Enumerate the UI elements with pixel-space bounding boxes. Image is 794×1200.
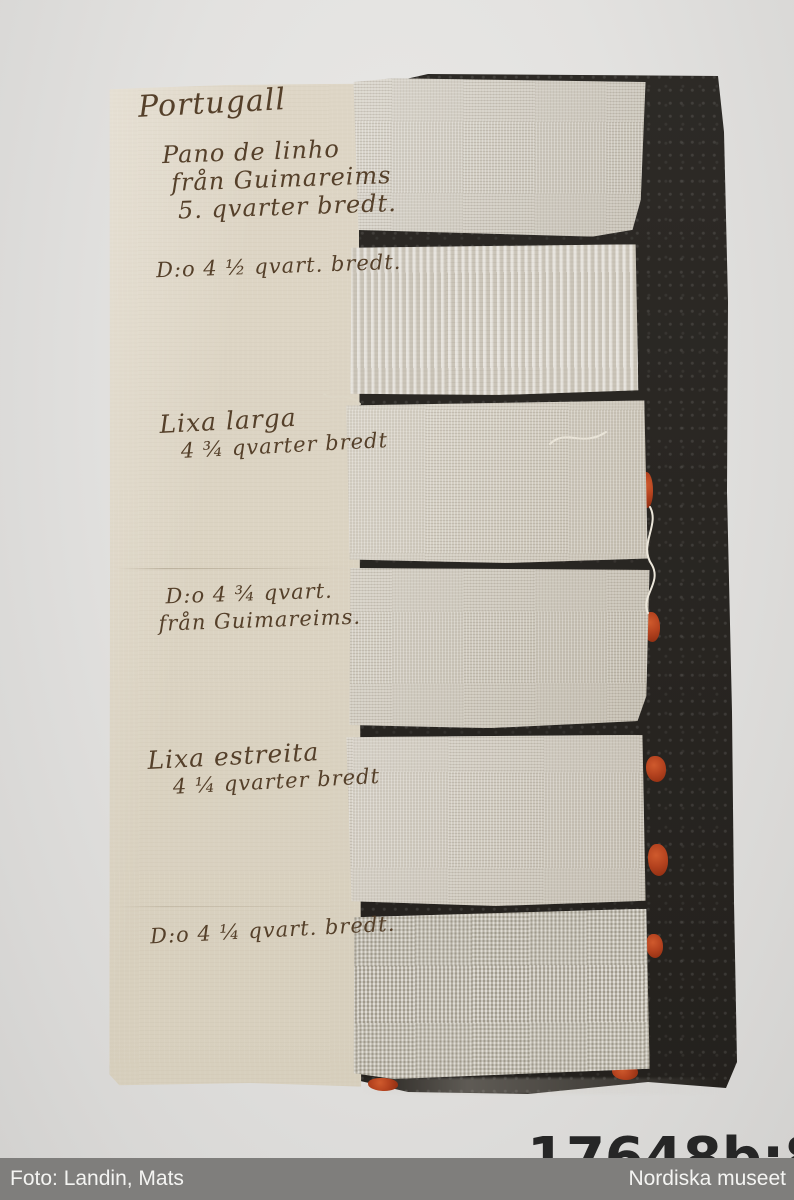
wax-spot [648,844,668,876]
paper-crease [116,568,355,570]
museum-name: Nordiska museet [628,1167,786,1191]
paper-crease [116,906,355,908]
linen-swatch-5 [346,733,647,907]
wax-spot [646,756,666,782]
wax-spot [646,934,663,958]
linen-swatch-4 [348,566,650,729]
wax-spot [368,1078,398,1091]
linen-swatch-6 [352,909,649,1080]
swatch-label-4: D:o 4 ¾ qvart. från Guimareims. [165,577,361,638]
photographer-credit: Foto: Landin, Mats [10,1167,184,1191]
backing-dust-edge [360,1078,720,1094]
linen-swatch-3 [346,399,649,563]
museum-photo: Portugall Pano de linho från Guimareims … [0,0,794,1200]
label-line: D:o 4 ¾ qvart. [165,579,333,609]
caption-bar: Foto: Landin, Mats Nordiska museet [0,1158,794,1200]
swatch-label-1: Pano de linho från Guimareims 5. qvarter… [162,134,398,226]
